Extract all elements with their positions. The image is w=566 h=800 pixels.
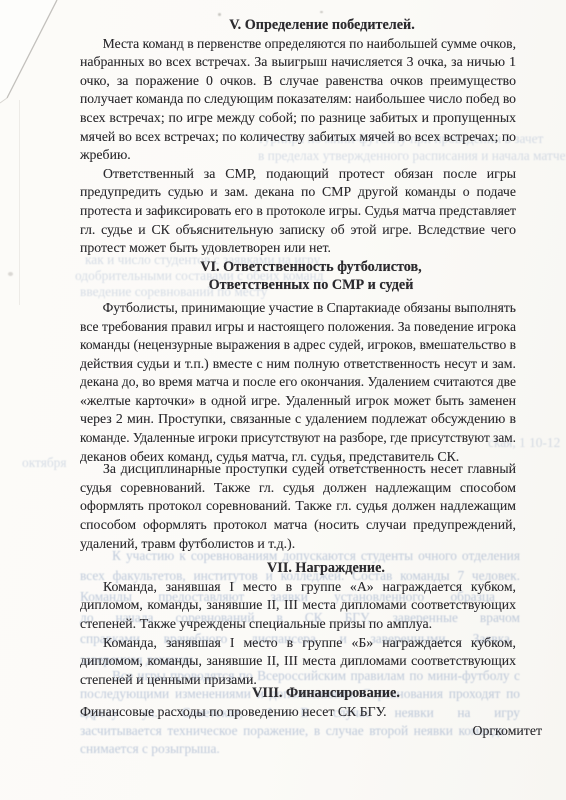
text-line: предупредить судью и зам. декана по СМР … xyxy=(80,183,516,202)
text-line: получает команда по следующим показателя… xyxy=(80,90,511,109)
text-line: дипломом, команды, занявшие II, III мест… xyxy=(80,652,516,671)
paragraph: Места команд в первенстве определяются п… xyxy=(80,35,516,165)
signature: Оргкомитет xyxy=(106,722,542,741)
paragraph: Финансовые расходы по проведению несет С… xyxy=(80,703,516,722)
paper-crease xyxy=(19,100,20,305)
document-body: V. Определение победителей. Места команд… xyxy=(80,16,516,740)
text-line: действия судьи и т.п.) вместе с ним полн… xyxy=(80,355,516,374)
scanned-page: турнира по мини-футболу при проведении в… xyxy=(0,0,566,800)
text-line: очко, за поражение 0 очков. В случае рав… xyxy=(80,72,516,91)
text-line: судья соревнований. Также гл. судья долж… xyxy=(80,479,516,498)
text-line: За дисциплинарные проступки судей ответс… xyxy=(80,460,516,479)
section-title-v: V. Определение победителей. xyxy=(104,16,540,35)
paragraph: Ответственный за СМР, подающий протест о… xyxy=(80,165,516,258)
text-line: протеста и зафиксировать его в протоколе… xyxy=(80,202,513,221)
text-line: всех встречах; по игре между собой; по р… xyxy=(80,109,516,128)
text-line: Команда, занявшая I место в группе «А» н… xyxy=(80,578,516,597)
text-line: удалений, травм футболистов и т.д.). xyxy=(80,535,516,554)
text-line: Футболисты, принимающие участие в Спарта… xyxy=(80,299,508,318)
scan-speck xyxy=(320,11,323,13)
text-line: набранных во всех встречах. За выигрыш н… xyxy=(80,53,516,72)
text-line: декана до, во время матча и после его ок… xyxy=(80,373,507,392)
bleedthrough-line: снимается с розыгрыша. xyxy=(80,741,250,757)
fold-area xyxy=(0,0,57,102)
paragraph: За дисциплинарные проступки судей ответс… xyxy=(80,460,516,553)
text-line: Места команд в первенстве определяются п… xyxy=(80,35,510,54)
scan-speck xyxy=(8,272,13,276)
text-line: Ответственный за СМР, подающий протест о… xyxy=(80,165,516,184)
section-title-vii: VII. Награждение. xyxy=(108,559,544,578)
text-line: дипломом, команды, занявшие II, III мест… xyxy=(80,596,516,615)
bleedthrough-line: октября xyxy=(22,455,84,471)
text-line: оформлять протокол соревнований. Также г… xyxy=(80,497,516,516)
text-line: Финансовые расходы по проведению несет С… xyxy=(80,703,516,722)
text-line: протест может быть удовлетворен или нет. xyxy=(80,239,516,258)
text-line: жребию. xyxy=(80,146,516,165)
text-line: команды (нецензурные выражения в адрес с… xyxy=(80,336,508,355)
section-title-viii: VIII. Финансирование. xyxy=(108,684,544,703)
text-line: «желтые карточки» в одной игре. Удаленны… xyxy=(80,392,516,411)
text-line: способом оформлять протокол матча (носит… xyxy=(80,516,516,535)
text-line: гл. судье и СК объяснительную записку об… xyxy=(80,221,516,240)
text-line: через 2 мин. Проступки, связанные с удал… xyxy=(80,410,516,429)
text-line: Команда, занявшая I место в группе «Б» н… xyxy=(80,634,516,653)
section-title-vi-line2: Ответственных по СМР и судей xyxy=(93,276,529,295)
text-line: степеней. Также учреждены специальные пр… xyxy=(80,615,516,634)
text-line: команде. Удаленные игроки присутствуют н… xyxy=(80,429,500,448)
paragraph: Команда, занявшая I место в группе «Б» н… xyxy=(80,634,516,690)
text-line: все требования правил игры и настоящего … xyxy=(80,318,510,337)
paragraph: Команда, занявшая I место в группе «А» н… xyxy=(80,578,516,634)
paragraph: Футболисты, принимающие участие в Спарта… xyxy=(80,299,516,466)
text-line: мячей во всех встречах; по количеству за… xyxy=(80,128,513,147)
section-title-vi-line1: VI. Ответственность футболистов, xyxy=(93,258,529,277)
page-fold-corner xyxy=(0,0,70,110)
